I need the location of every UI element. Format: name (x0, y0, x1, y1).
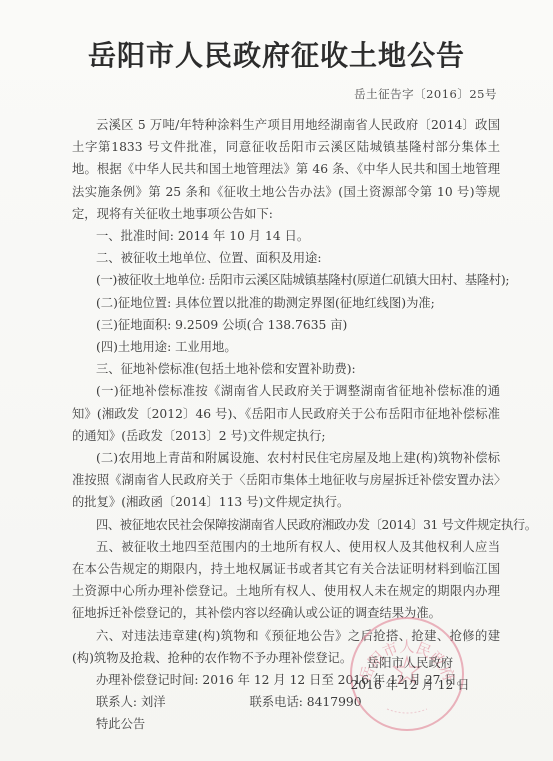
signature-block: 岳阳市人民政府 2016 年 12 月 12 日 (340, 652, 480, 696)
intro-paragraph: 云溪区 5 万吨/年特种涂料生产项目用地经湖南省人民政府〔2014〕政国土字第1… (72, 114, 500, 225)
section-land-info-heading: 二、被征收土地单位、位置、面积及用途: (72, 247, 500, 269)
section-compensation-buildings: (二)农用地上青苗和附属设施、农村村民住宅房屋及地上建(构)筑物补偿标准按照《湖… (72, 447, 500, 514)
document-title: 岳阳市人民政府征收土地公告 (0, 34, 553, 74)
document-number: 岳土征告字〔2016〕25号 (354, 86, 497, 102)
section-approval-time: 一、批准时间: 2014 年 10 月 14 日。 (72, 225, 500, 247)
issuer-name: 岳阳市人民政府 (340, 652, 480, 674)
issue-date: 2016 年 12 月 12 日 (340, 674, 480, 696)
section-compensation-land: (一)征地补偿标准按《湖南省人民政府关于调整湖南省征地补偿标准的通知》(湘政发〔… (72, 380, 500, 447)
section-land-use: (四)土地用途: 工业用地。 (72, 336, 500, 358)
section-social-security: 四、被征地农民社会保障按湖南省人民政府湘政办发〔2014〕31 号文件规定执行。 (72, 514, 500, 536)
section-land-area: (三)征地面积: 9.2509 公顷(合 138.7635 亩) (72, 314, 500, 336)
document-page: 岳阳市人民政府征收土地公告 岳土征告字〔2016〕25号 云溪区 5 万吨/年特… (0, 0, 553, 761)
contact-person: 联系人: 刘洋 (96, 691, 166, 713)
section-compensation-heading: 三、征地补偿标准(包括土地补偿和安置补助费): (72, 358, 500, 380)
section-registration-rules: 五、被征收土地四至范围内的土地所有权人、使用权人及其他权利人应当在本公告规定的期… (72, 536, 500, 625)
section-land-unit: (一)被征收土地单位: 岳阳市云溪区陆城镇基隆村(原道仁矶镇大田村、基隆村); (72, 269, 500, 291)
section-land-location: (二)征地位置: 具体位置以批准的勘测定界图(征地红线图)为准; (72, 292, 500, 314)
